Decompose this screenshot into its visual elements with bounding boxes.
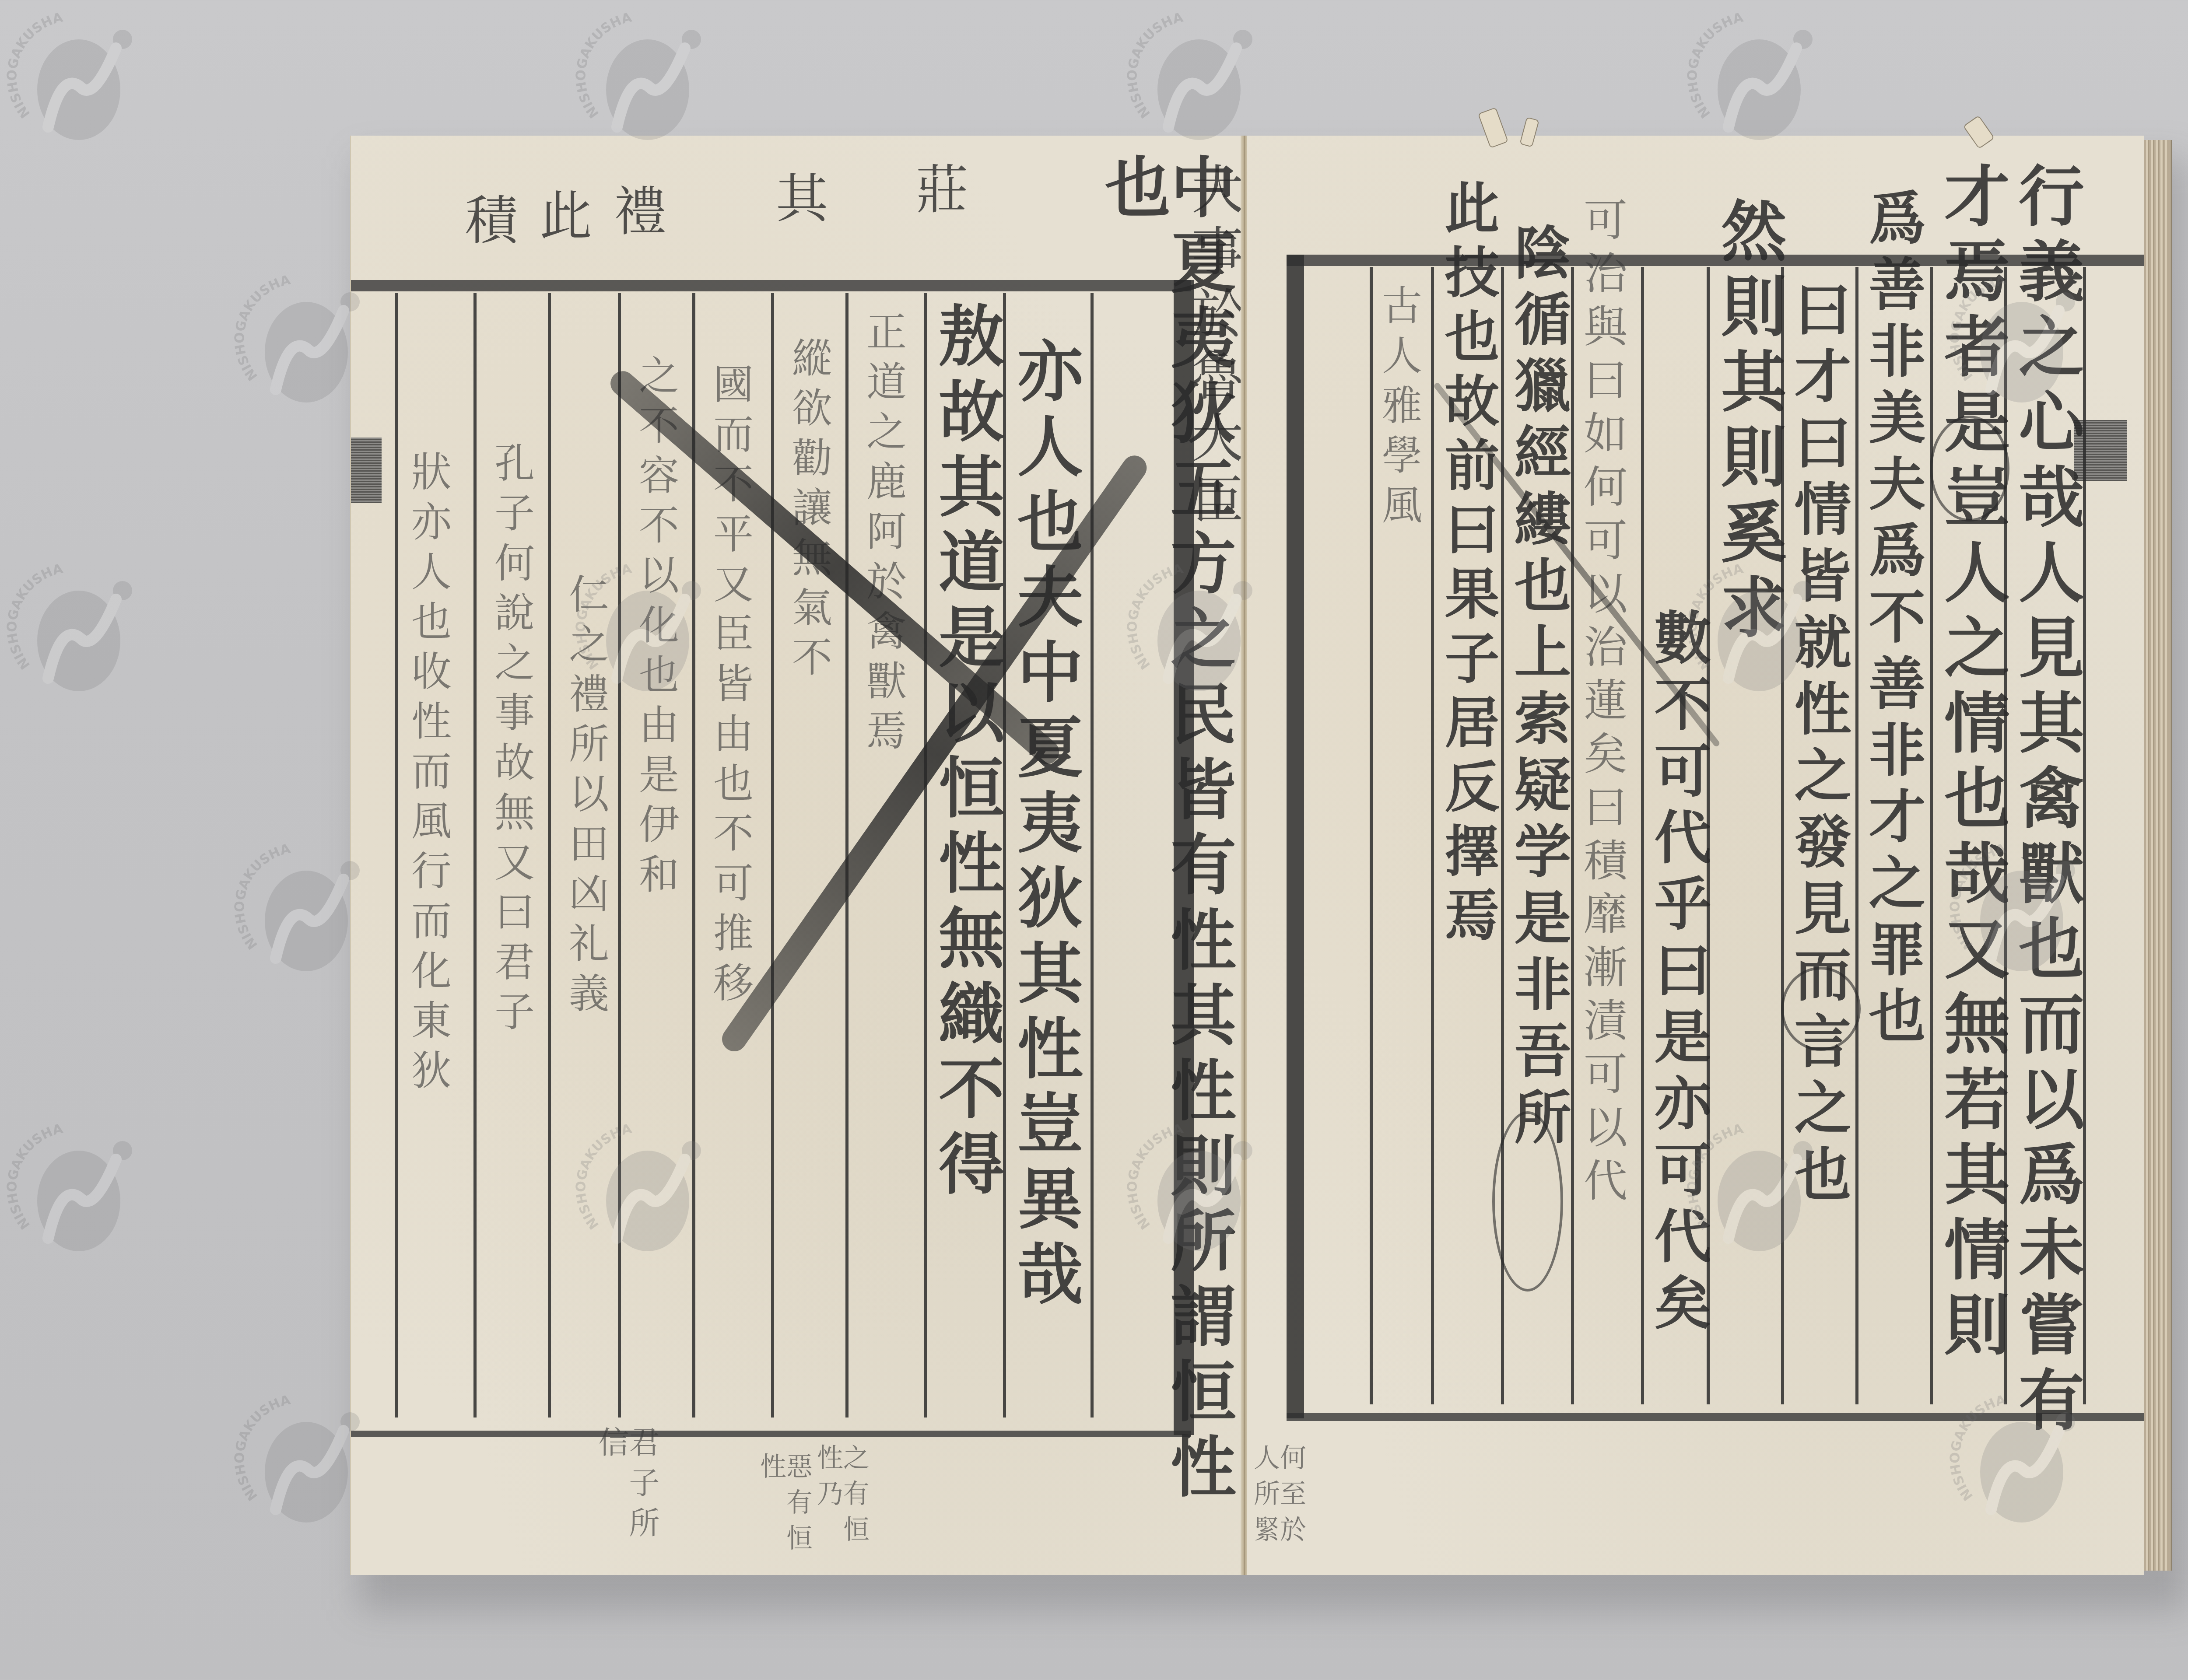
column-rule: [618, 293, 621, 1417]
margin-note: 莊: [911, 162, 964, 224]
svg-text:NISHOGAKUSHA: NISHOGAKUSHA: [1125, 10, 1185, 121]
left-fishtail-mark: [351, 437, 382, 503]
left-frame-bottom: [351, 1431, 1191, 1437]
text-column: 然則其則奚求: [1715, 197, 1781, 648]
margin-note: 其: [771, 171, 824, 233]
text-column: 可治與曰如何可以治蓮矣曰積靡漸漬可以代: [1580, 197, 1623, 1211]
bottom-note: 惡有恒性: [758, 1452, 810, 1575]
bottom-note: 之有恒性乃: [815, 1444, 867, 1575]
left-frame-top: [351, 280, 1191, 291]
watermark-logo: NISHOGAKUSHA: [1698, 17, 1829, 149]
svg-text:NISHOGAKUSHA: NISHOGAKUSHA: [232, 1392, 292, 1503]
margin-note: 大事於魯大臣: [1187, 162, 1239, 535]
text-column: 亦人也夫中夏夷狄其性豈異哉: [1012, 337, 1077, 1315]
column-rule: [771, 293, 774, 1417]
watermark-logo: NISHOGAKUSHA: [18, 1129, 149, 1260]
annotation-circle: [1781, 967, 1861, 1051]
svg-text:NISHOGAKUSHA: NISHOGAKUSHA: [573, 10, 634, 121]
annotation-circle: [1930, 416, 2009, 521]
left-page: 中夏夷狄五方之民皆有性其性則所謂恒性也 亦人也夫中夏夷狄其性豈異哉 敖故其道是以…: [350, 136, 1246, 1575]
column-rule: [548, 293, 551, 1417]
bottom-note: 何至於人所緊: [1252, 1444, 1304, 1575]
svg-text:NISHOGAKUSHA: NISHOGAKUSHA: [4, 1121, 65, 1232]
text-column: 正道之鹿阿於禽獸焉: [863, 311, 903, 759]
annotation-circle: [1492, 1111, 1563, 1291]
column-rule: [1930, 267, 1933, 1404]
watermark-logo: NISHOGAKUSHA: [1138, 17, 1269, 149]
right-frame-left-border: [1287, 255, 1304, 1418]
column-rule: [1090, 293, 1094, 1417]
open-book: 中夏夷狄五方之民皆有性其性則所謂恒性也 亦人也夫中夏夷狄其性豈異哉 敖故其道是以…: [350, 136, 2170, 1575]
column-rule: [924, 293, 927, 1417]
column-rule: [1431, 267, 1434, 1404]
margin-note: 禮: [609, 184, 662, 246]
svg-text:NISHOGAKUSHA: NISHOGAKUSHA: [1685, 10, 1745, 121]
column-rule: [1370, 267, 1373, 1404]
page-block-edge: [2144, 140, 2172, 1571]
column-rule: [1641, 267, 1644, 1404]
text-column: 才焉者是豈人之情也哉又無若其情則: [1939, 162, 2004, 1366]
watermark-logo: NISHOGAKUSHA: [18, 17, 149, 149]
text-column: 古人雅學風: [1378, 284, 1419, 534]
text-column: 狀亦人也收性而風行而化東狄: [408, 451, 448, 1099]
text-column: 曰才曰情皆就性之發見而言之也: [1790, 280, 1847, 1211]
margin-note: 此: [535, 188, 587, 250]
text-column: 孔子何說之事故無又曰君子: [491, 442, 531, 1040]
text-column: 陰循獵經縷也上索疑学是非吾所: [1510, 223, 1567, 1154]
svg-text:NISHOGAKUSHA: NISHOGAKUSHA: [232, 272, 292, 383]
column-rule: [1855, 267, 1858, 1404]
text-column: 行義之心哉人見其禽獸也而以爲未嘗有: [2013, 162, 2079, 1441]
svg-text:NISHOGAKUSHA: NISHOGAKUSHA: [4, 10, 65, 121]
text-column: 縱欲勸讓無氣不: [789, 337, 829, 686]
watermark-logo: NISHOGAKUSHA: [586, 17, 718, 149]
text-column: 此技也故前曰果子居反擇焉: [1440, 179, 1494, 951]
watermark-logo: NISHOGAKUSHA: [18, 569, 149, 700]
right-page: 行義之心哉人見其禽獸也而以爲未嘗有 才焉者是豈人之情也哉又無若其情則 爲善非美夫…: [1247, 136, 2144, 1575]
column-rule: [395, 293, 398, 1417]
svg-text:NISHOGAKUSHA: NISHOGAKUSHA: [232, 841, 292, 952]
bottom-note: 君子所信: [596, 1426, 657, 1575]
svg-text:NISHOGAKUSHA: NISHOGAKUSHA: [4, 561, 65, 672]
margin-note: 積: [460, 192, 513, 255]
text-column: 仁之禮所以田凶礼義: [565, 573, 606, 1022]
column-rule: [473, 293, 477, 1417]
text-column: 爲善非美夫爲不善非才之罪也: [1864, 188, 1921, 1053]
